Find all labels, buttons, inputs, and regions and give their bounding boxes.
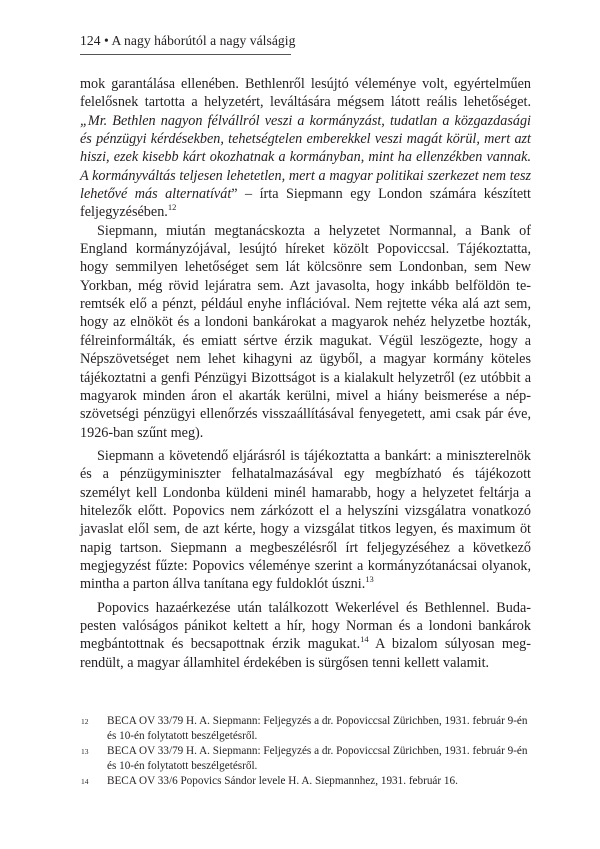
paragraph-2: Siepmann, miután megtanácskozta a helyze…	[80, 222, 531, 442]
footnote-ref-14[interactable]: 14	[360, 634, 369, 644]
paragraph-4: Popovics hazaérkezése után találkozott W…	[80, 599, 531, 672]
footnote-number: 12	[80, 714, 107, 729]
paragraph-3-text: Siepmann a követendő eljárásról is tájék…	[80, 448, 531, 592]
footnote-ref-13[interactable]: 13	[365, 574, 374, 584]
footnotes: 12 BECA OV 33/79 H. A. Siepmann: Feljegy…	[80, 714, 531, 789]
footnote-text: BECA OV 33/6 Popovics Sándor levele H. A…	[107, 774, 531, 789]
footnote-number: 13	[80, 744, 107, 759]
footnote-12: 12 BECA OV 33/79 H. A. Siepmann: Feljegy…	[80, 714, 531, 744]
paragraph-1-lead: mok garantálása ellenében. Bethlenről le…	[80, 76, 531, 110]
footnote-text: BECA OV 33/79 H. A. Siepmann: Feljegyzés…	[107, 744, 531, 774]
body-text: mok garantálása ellenében. Bethlenről le…	[80, 75, 531, 672]
footnote-ref-12[interactable]: 12	[168, 202, 177, 212]
paragraph-1: mok garantálása ellenében. Bethlenről le…	[80, 75, 531, 222]
footnote-text: BECA OV 33/79 H. A. Siepmann: Feljegyzés…	[107, 714, 531, 744]
footnote-number: 14	[80, 774, 107, 789]
footnote-13: 13 BECA OV 33/79 H. A. Siepmann: Feljegy…	[80, 744, 531, 774]
running-head: 124 • A nagy háborútól a nagy válságig	[80, 32, 291, 55]
paragraph-3: Siepmann a követendő eljárásról is tájék…	[80, 447, 531, 594]
footnote-14: 14 BECA OV 33/6 Popovics Sándor levele H…	[80, 774, 531, 789]
